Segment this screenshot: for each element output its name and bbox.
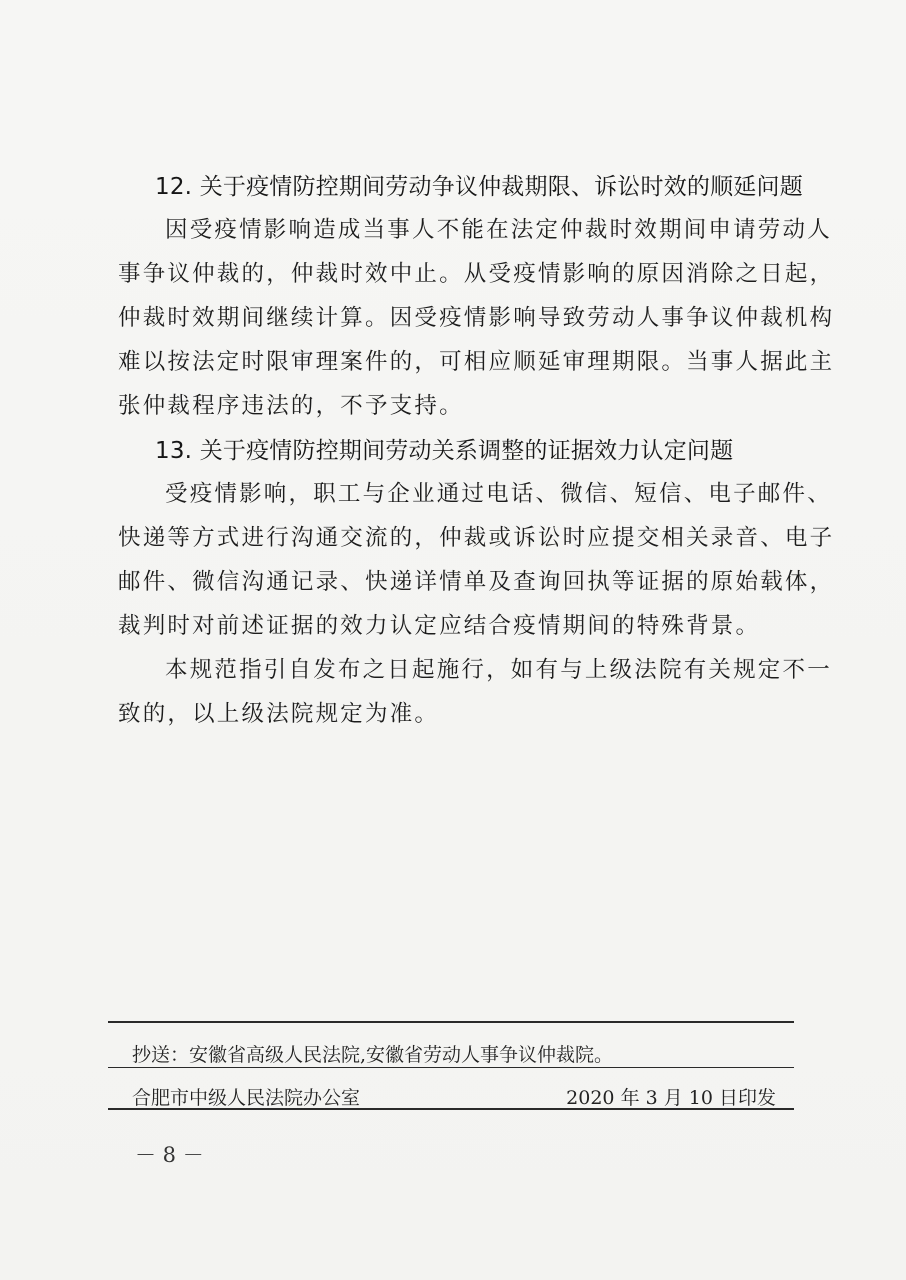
section-13-line-1: 受疫情影响，职工与企业通过电话、微信、短信、电子邮件、 <box>165 476 832 508</box>
section-12-line-3: 仲裁时效期间继续计算。因受疫情影响导致劳动人事争议仲裁机构 <box>118 300 834 332</box>
section-13-line-3: 邮件、微信沟通记录、快递详情单及查询回执等证据的原始载体， <box>118 564 834 596</box>
closing-line-1: 本规范指引自发布之日起施行，如有与上级法院有关规定不一 <box>165 652 832 684</box>
section-12-line-2: 事争议仲裁的，仲裁时效中止。从受疫情影响的原因消除之日起， <box>118 256 834 288</box>
page-number: － 8 － <box>135 1139 204 1169</box>
section-13-heading: 13. 关于疫情防控期间劳动关系调整的证据效力认定问题 <box>155 432 733 465</box>
footer-middle-rule <box>108 1067 794 1068</box>
section-13-line-2: 快递等方式进行沟通交流的，仲裁或诉讼时应提交相关录音、电子 <box>118 520 834 552</box>
section-12-line-1: 因受疫情影响造成当事人不能在法定仲裁时效期间申请劳动人 <box>165 212 832 244</box>
section-13-line-4: 裁判时对前述证据的效力认定应结合疫情期间的特殊背景。 <box>118 608 760 640</box>
closing-line-2: 致的，以上级法院规定为准。 <box>118 696 439 728</box>
section-12-line-4: 难以按法定时限审理案件的，可相应顺延审理期限。当事人据此主 <box>118 344 834 376</box>
cc-recipients: 抄送：安徽省高级人民法院,安徽省劳动人事争议仲裁院。 <box>132 1040 613 1067</box>
issue-date: 2020 年 3 月 10 日印发 <box>566 1083 776 1110</box>
document-page: 12. 关于疫情防控期间劳动争议仲裁期限、诉讼时效的顺延问题 因受疫情影响造成当… <box>0 0 906 1280</box>
section-12-heading: 12. 关于疫情防控期间劳动争议仲裁期限、诉讼时效的顺延问题 <box>155 168 803 201</box>
footer-bottom-rule <box>108 1108 794 1110</box>
section-12-line-5: 张仲裁程序违法的，不予支持。 <box>118 388 464 420</box>
footer-top-rule <box>108 1021 794 1023</box>
issuing-office: 合肥市中级人民法院办公室 <box>132 1083 360 1110</box>
